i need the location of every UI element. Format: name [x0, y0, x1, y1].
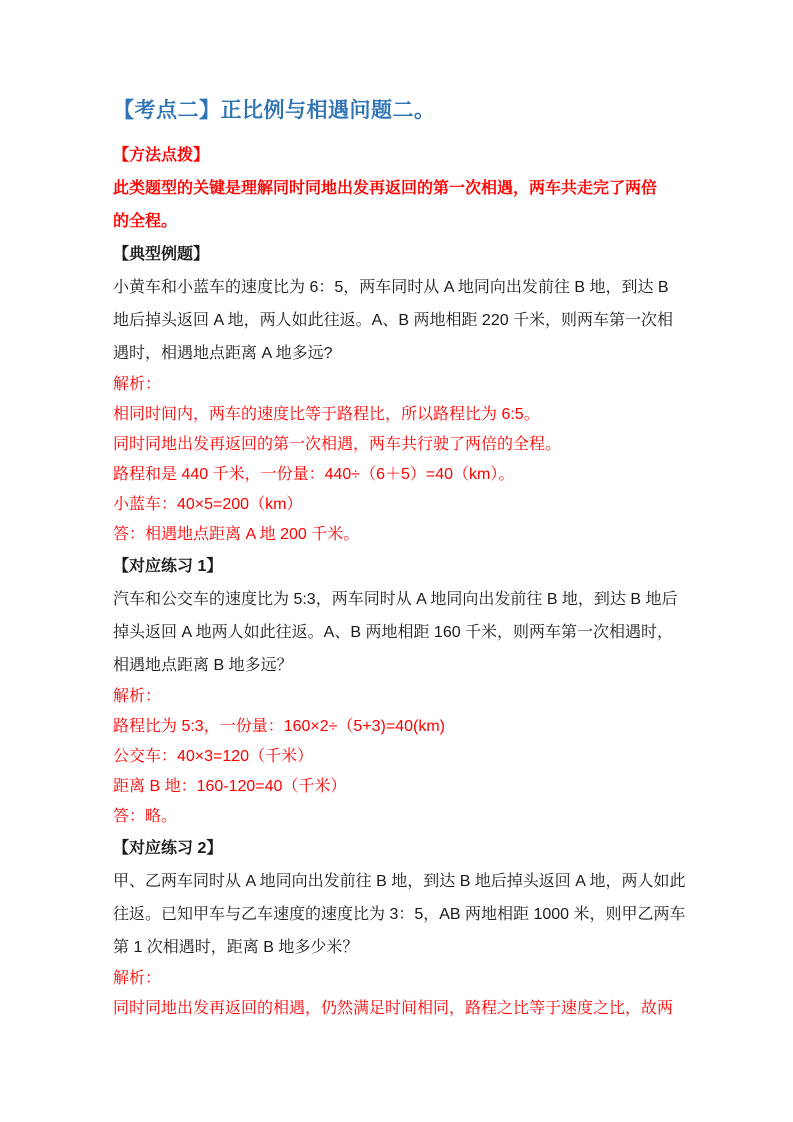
practice1-solution-line: 答：略。	[113, 802, 688, 832]
practice2-analysis-label: 解析：	[113, 964, 688, 994]
method-text-line: 的全程。	[113, 205, 688, 238]
practice1-question-line: 汽车和公交车的速度比为 5:3，两车同时从 A 地同向出发前往 B 地，到达 B…	[113, 583, 688, 616]
practice2-question-line: 甲、乙两车同时从 A 地同向出发前往 B 地，到达 B 地后掉头返回 A 地，两…	[113, 865, 688, 898]
example-question-line: 小黄车和小蓝车的速度比为 6：5，两车同时从 A 地同向出发前往 B 地，到达 …	[113, 271, 688, 304]
example-solution-line: 同时同地出发再返回的第一次相遇，两车共行驶了两倍的全程。	[113, 430, 688, 460]
example-solution-line: 答：相遇地点距离 A 地 200 千米。	[113, 520, 688, 550]
example-analysis-label: 解析：	[113, 370, 688, 400]
practice2-heading: 【对应练习 2】	[113, 832, 688, 865]
practice1-analysis-label: 解析：	[113, 682, 688, 712]
example-solution-line: 相同时间内，两车的速度比等于路程比，所以路程比为 6:5。	[113, 400, 688, 430]
practice2-question-line: 往返。已知甲车与乙车速度的速度比为 3：5，AB 两地相距 1000 米，则甲乙…	[113, 898, 688, 931]
practice1-solution-line: 公交车：40×3=120（千米）	[113, 742, 688, 772]
practice2-solution-line: 同时同地出发再返回的相遇，仍然满足时间相同，路程之比等于速度之比，故两	[113, 994, 688, 1024]
practice1-question-line: 相遇地点距离 B 地多远？	[113, 649, 688, 682]
method-heading: 【方法点拨】	[113, 139, 688, 172]
example-question-line: 地后掉头返回 A 地，两人如此往返。A、B 两地相距 220 千米，则两车第一次…	[113, 304, 688, 337]
practice1-question-line: 掉头返回 A 地两人如此往返。A、B 两地相距 160 千米，则两车第一次相遇时…	[113, 616, 688, 649]
example-question-line: 遇时，相遇地点距离 A 地多远?	[113, 337, 688, 370]
practice1-solution-line: 距离 B 地：160-120=40（千米）	[113, 772, 688, 802]
practice1-solution-line: 路程比为 5:3，一份量：160×2÷（5+3)=40(km)	[113, 712, 688, 742]
example-solution-line: 路程和是 440 千米，一份量：440÷（6＋5）=40（km）。	[113, 460, 688, 490]
section-title: 【考点二】正比例与相遇问题二。	[113, 96, 688, 126]
practice1-heading: 【对应练习 1】	[113, 550, 688, 583]
document-page: 【考点二】正比例与相遇问题二。 【方法点拨】 此类题型的关键是理解同时同地出发再…	[0, 0, 793, 1122]
example-heading: 【典型例题】	[113, 238, 688, 271]
method-text-line: 此类题型的关键是理解同时同地出发再返回的第一次相遇，两车共走完了两倍	[113, 172, 688, 205]
example-solution-line: 小蓝车：40×5=200（km）	[113, 490, 688, 520]
practice2-question-line: 第 1 次相遇时，距离 B 地多少米？	[113, 931, 688, 964]
